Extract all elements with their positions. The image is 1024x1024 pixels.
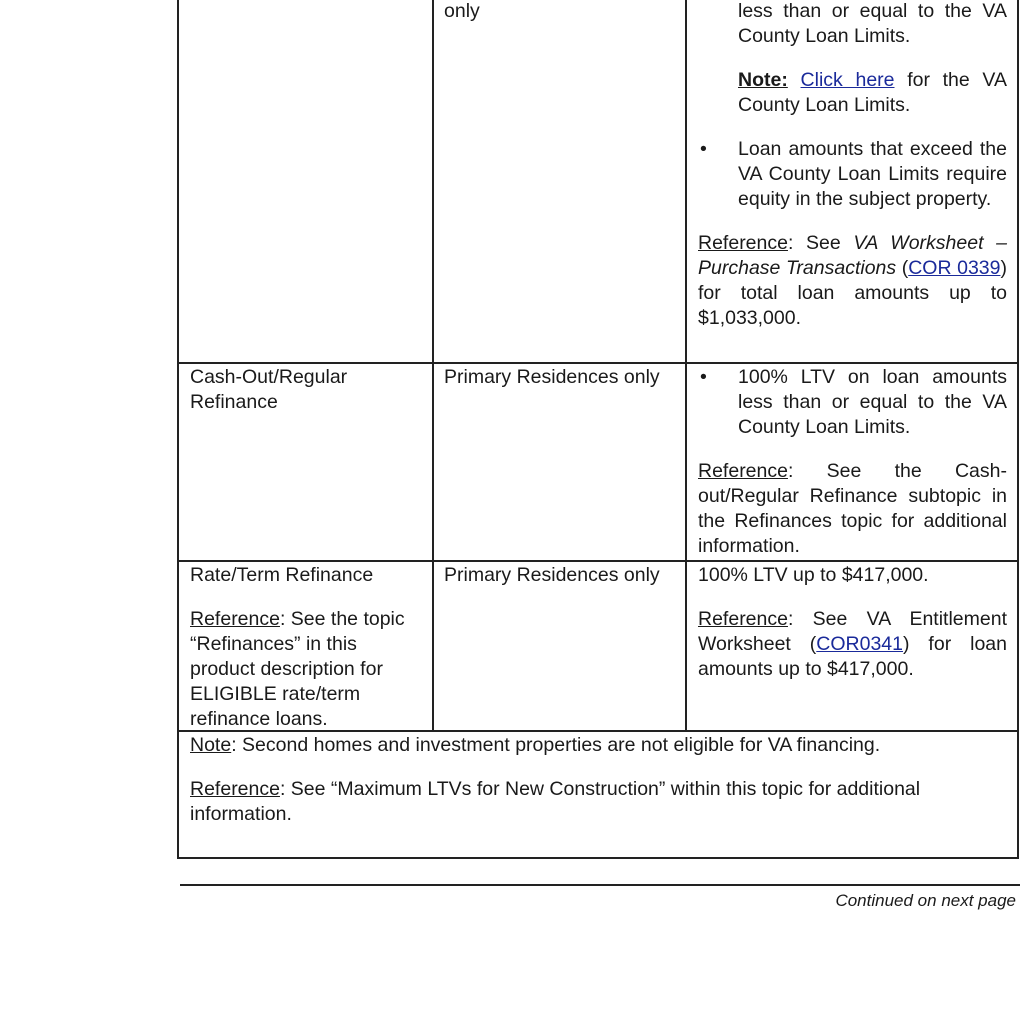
bullet1-tail: less than or equal to the VA County Loan…: [698, 0, 1007, 49]
footer-reference: Reference: See “Maximum LTVs for New Con…: [190, 777, 1010, 827]
reference-label: Reference: [698, 460, 788, 482]
column-divider-2: [685, 0, 687, 731]
loan-eligibility-table: only less than or equal to the VA County…: [177, 0, 1019, 859]
purchase-reference: Reference: See VA Worksheet – Purchase T…: [698, 231, 1007, 331]
transaction-text: Rate/Term Refinance: [190, 563, 425, 588]
row3-transaction: Rate/Term Refinance Reference: See the t…: [190, 563, 425, 732]
bullet-100-ltv: 100% LTV on loan amounts less than or eq…: [698, 365, 1007, 440]
reference-post: for total loan amounts up to $1,033,000.: [698, 282, 1007, 329]
bullet-exceed-limits: Loan amounts that exceed the VA County L…: [698, 137, 1007, 212]
occupancy-text: Primary Residences only: [444, 564, 660, 586]
cor0341-link[interactable]: COR0341: [816, 633, 903, 655]
row-divider-1: [179, 362, 1017, 364]
occupancy-text: Primary Residences only: [444, 366, 660, 388]
row1-ltv: less than or equal to the VA County Loan…: [698, 0, 1007, 331]
row1-occupancy: only: [444, 0, 674, 24]
note-label: Note: [190, 734, 231, 756]
row-divider-2: [179, 560, 1017, 562]
reference-label: Reference: [190, 608, 280, 630]
transaction-reference: Reference: See the topic “Refinances” in…: [190, 607, 425, 732]
row2-ltv: 100% LTV on loan amounts less than or eq…: [698, 365, 1007, 559]
table-footer: Note: Second homes and investment proper…: [190, 733, 1010, 827]
occupancy-text: only: [444, 0, 480, 22]
row3-occupancy: Primary Residences only: [444, 563, 669, 588]
note-text: : Second homes and investment properties…: [231, 734, 880, 756]
reference-label: Reference: [698, 232, 788, 254]
page-footer-rule: [180, 884, 1020, 886]
entitlement-reference: Reference: See VA Entitlement Worksheet …: [698, 607, 1007, 682]
transaction-text: Cash-Out/Regular Refinance: [190, 366, 347, 413]
reference-label: Reference: [190, 778, 280, 800]
row2-transaction: Cash-Out/Regular Refinance: [190, 365, 425, 415]
cashout-reference: Reference: See the Cash-out/Regular Refi…: [698, 459, 1007, 559]
ltv-line: 100% LTV up to $417,000.: [698, 563, 1007, 588]
reference-text: : See “Maximum LTVs for New Construction…: [190, 778, 920, 825]
row3-ltv: 100% LTV up to $417,000. Reference: See …: [698, 563, 1007, 682]
county-limits-note: Note: Click here for the VA County Loan …: [698, 68, 1007, 118]
continued-on-next-page: Continued on next page: [835, 888, 1016, 913]
column-divider-1: [432, 0, 434, 731]
reference-label: Reference: [698, 608, 788, 630]
note-label: Note:: [738, 69, 788, 91]
row2-occupancy: Primary Residences only: [444, 365, 669, 390]
click-here-link[interactable]: Click here: [801, 69, 895, 91]
footer-note: Note: Second homes and investment proper…: [190, 733, 1010, 758]
reference-pre: : See: [788, 232, 853, 254]
cor0339-link[interactable]: COR 0339: [908, 257, 1000, 279]
